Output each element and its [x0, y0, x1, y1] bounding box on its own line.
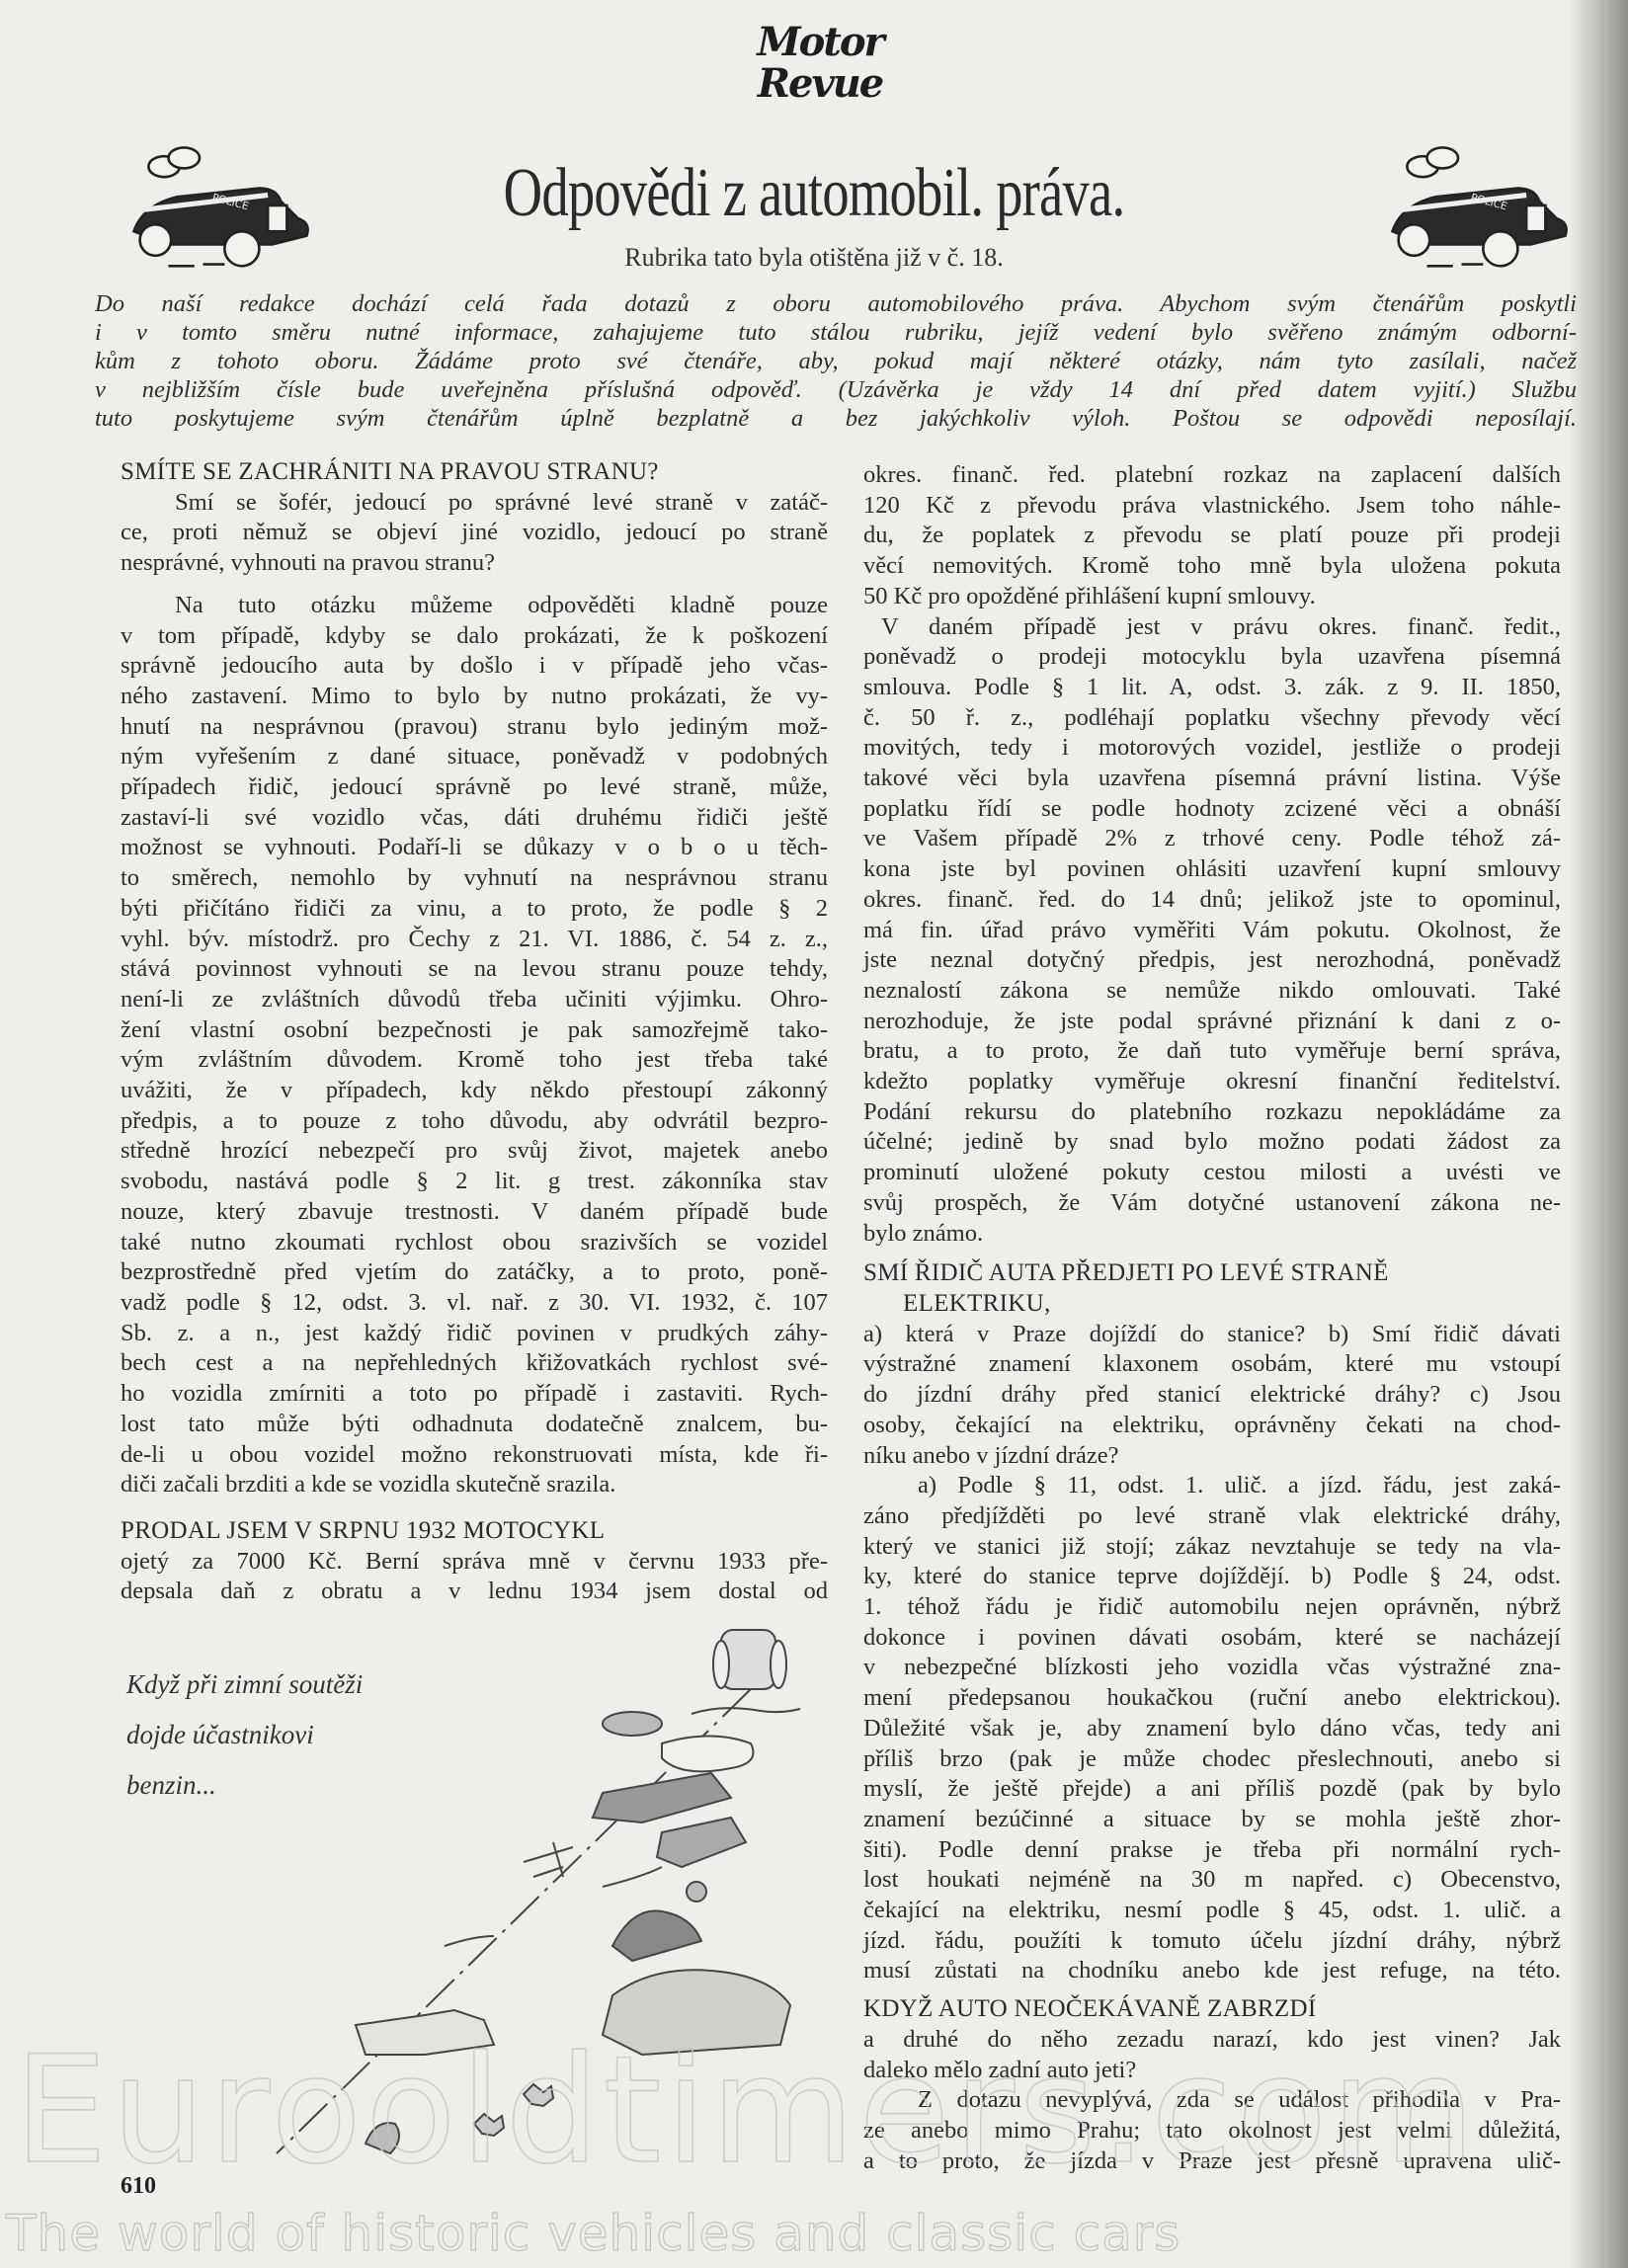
text-line: příliš brzo (pak je může chodec přeslech…: [863, 1744, 1561, 1775]
section-heading: SMÍ ŘIDIČ AUTA PŘEDJETI PO LEVÉ STRANĚ: [863, 1258, 1561, 1289]
text-line: svůj prospěch, že Vám dotyčné ustanovení…: [863, 1188, 1561, 1219]
text-line: bezprostředně před vjetím do zatáčky, a …: [121, 1257, 828, 1288]
text-line: to směrech, nemohlo by vyhnutí na nesprá…: [121, 863, 828, 894]
text-line: Na tuto otázku můžeme odpověděti kladně …: [121, 591, 828, 621]
text-line: movitých, tedy i motorových vozidel, jes…: [863, 733, 1561, 764]
section2-continuation: okres. finanč. řed. platební rozkaz na z…: [863, 460, 1561, 612]
text-line: okres. finanč. řed. do 14 dnů; jelikož j…: [863, 885, 1561, 916]
text-line: případech řidič, jedoucí správně po levé…: [121, 772, 828, 803]
text-line: níku anebo v jízdní dráze?: [863, 1441, 1561, 1472]
section1-answer: Na tuto otázku můžeme odpověděti kladně …: [121, 591, 828, 1500]
text-line: 50 Kč pro opožděné přihlášení kupní smlo…: [863, 582, 1561, 612]
text-line: šiti). Podle denní prakse je třeba při n…: [863, 1835, 1561, 1866]
text-line: znamení bezúčinné a situace by se mohla …: [863, 1805, 1561, 1835]
text-line: čekající na elektriku, nesmí podle § 45,…: [863, 1896, 1561, 1926]
text-line: hnutí na nesprávnou (pravou) stranu bylo…: [121, 712, 828, 743]
text-line: prominutí uložené pokuty cestou milosti …: [863, 1158, 1561, 1188]
text-line: Smí se šofér, jedoucí po správné levé st…: [121, 488, 828, 519]
text-line: býti přičítáno řidiči za vinu, a to prot…: [121, 894, 828, 925]
text-line: není-li ze zvláštních důvodů třeba učini…: [121, 985, 828, 1015]
intro-paragraph: Do naší redakce dochází celá řada dotazů…: [95, 289, 1577, 433]
text-line: bratu, a to proto, že daň tuto vyměřuje …: [863, 1036, 1561, 1067]
text-line: předpis, a to pouze z toho důvodu, aby o…: [121, 1106, 828, 1137]
text-line: do jízdní dráhy před stanicí elektrické …: [863, 1380, 1561, 1411]
intro-line: Do naší redakce dochází celá řada dotazů…: [95, 289, 1577, 318]
text-line: mení předepsanou houkačkou (ruční anebo …: [863, 1683, 1561, 1714]
text-line: musí zůstati na chodníku anebo kde jest …: [863, 1956, 1561, 1986]
text-line: ve Vašem případě 2% z trhové ceny. Podle…: [863, 824, 1561, 854]
intro-line: v nejbližším čísle bude uveřejněna přísl…: [95, 375, 1577, 404]
text-line: dokonce i povinen dávati osobám, které s…: [863, 1623, 1561, 1654]
text-line: středně hrozící nebezpečí pro svůj život…: [121, 1136, 828, 1167]
text-line: správně jedoucího auta by došlo i v příp…: [121, 651, 828, 682]
site-watermark-tagline: The world of historic vehicles and class…: [6, 2205, 1180, 2262]
right-column: okres. finanč. řed. platební rozkaz na z…: [863, 460, 1561, 2176]
text-line: ce, proti němuž se objeví jiné vozidlo, …: [121, 518, 828, 548]
text-line: výstražné znamení klaxonem osobám, které…: [863, 1349, 1561, 1380]
article-subtitle: Rubrika tato byla otištěna již v č. 18.: [0, 243, 1628, 273]
text-line: okres. finanč. řed. platební rozkaz na z…: [863, 460, 1561, 491]
text-line: du, že poplatek z převodu se platí pouze…: [863, 521, 1561, 551]
text-line: ným vyřešením z dané situace, poněvadž v…: [121, 742, 828, 772]
text-line: poplatku řídí se podle hodnoty zcizené v…: [863, 794, 1561, 825]
text-line: záno předjížděti po levé straně vlak ele…: [863, 1501, 1561, 1532]
text-line: č. 50 ř. z., podléhají poplatku všechny …: [863, 703, 1561, 734]
text-line: de-li u obou vozidel možno rekonstruovat…: [121, 1440, 828, 1471]
text-line: má fin. úřad právo vyměřiti Vám pokutu. …: [863, 916, 1561, 946]
text-line: ojetý za 7000 Kč. Berní správa mně v čer…: [121, 1547, 828, 1578]
text-line: poněvadž o prodeji motocyklu byla uzavře…: [863, 642, 1561, 673]
text-line: v nebezpečné blízkosti jeho vozidla včas…: [863, 1653, 1561, 1683]
text-line: uvážiti, že v případech, kdy někdo přest…: [121, 1076, 828, 1106]
text-line: kdežto poplatky vyměřuje okresní finančn…: [863, 1067, 1561, 1097]
text-line: jste neznal dotyčný předpis, jest nerozh…: [863, 945, 1561, 976]
text-line: neznalostí zákona se nemůže nikdo omlouv…: [863, 976, 1561, 1007]
text-line: vyhl. býv. místodrž. pro Čechy z 21. VI.…: [121, 925, 828, 955]
motor-revue-logo: Motor Revue: [751, 22, 889, 105]
text-line: smlouva. Podle § 1 lit. A, odst. 3. zák.…: [863, 673, 1561, 703]
page-binding-shadow: [1569, 0, 1628, 2268]
text-line: Sb. z. a n., jest každý řidič povinen v …: [121, 1319, 828, 1349]
article-title: Odpovědi z automobil. práva.: [179, 154, 1448, 233]
intro-line: i v tomto směru nutné informace, zahajuj…: [95, 318, 1577, 347]
section2-answer: V daném případě jest v právu okres. fina…: [863, 612, 1561, 1250]
text-line: depsala daň z obratu a v lednu 1934 jsem…: [121, 1577, 828, 1607]
text-line: vadž podle § 12, odst. 3. vl. nař. z 30.…: [121, 1288, 828, 1319]
text-line: myslí, že ještě přejde) a ani příliš poz…: [863, 1774, 1561, 1805]
text-line: diči začali brzditi a kde se vozidla sku…: [121, 1470, 828, 1500]
text-line: věcí nemovitých. Kromě toho mně byla ulo…: [863, 551, 1561, 582]
section-heading: PRODAL JSEM V SRPNU 1932 MOTOCYKL: [121, 1516, 828, 1547]
text-line: bylo známo.: [863, 1219, 1561, 1250]
section3-question: a) která v Praze dojíždí do stanice? b) …: [863, 1320, 1561, 1472]
text-line: zastaví-li své vozidlo včas, dáti druhém…: [121, 803, 828, 834]
text-line: lost tato může býti odhadnuta dodatečně …: [121, 1410, 828, 1440]
text-line: také nutno zkoumati rychlost obou sraziv…: [121, 1228, 828, 1258]
text-line: jízd. řádu, použíti k tomuto účelu jízdn…: [863, 1926, 1561, 1957]
text-line: a) která v Praze dojíždí do stanice? b) …: [863, 1320, 1561, 1350]
text-line: stává povinnost vyhnouti se na levou str…: [121, 954, 828, 985]
text-line: ného zastavení. Mimo to bylo by nutno pr…: [121, 682, 828, 712]
text-line: účelné; jedině by snad bylo možno podati…: [863, 1127, 1561, 1158]
section-heading-continued: ELEKTRIKU,: [863, 1289, 1561, 1320]
text-line: ky, které do stanice teprve dojíždějí. b…: [863, 1562, 1561, 1592]
text-line: žení vlastní osobní bezpečnosti je pak s…: [121, 1015, 828, 1046]
logo-line-motor: Motor: [751, 22, 889, 63]
section-heading: SMÍTE SE ZACHRÁNITI NA PRAVOU STRANU?: [121, 457, 828, 488]
text-line: svobodu, nastává podle § 2 lit. g trest.…: [121, 1167, 828, 1197]
page-number: 610: [121, 2173, 156, 2200]
text-line: možnost se vyhnouti. Podaří-li se důkazy…: [121, 833, 828, 863]
text-line: a) Podle § 11, odst. 1. ulič. a jízd. řá…: [863, 1471, 1561, 1501]
text-line: osoby, čekající na elektriku, oprávněny …: [863, 1411, 1561, 1441]
text-line: bech cest a na nepřehledných křižovatkác…: [121, 1348, 828, 1379]
left-column: SMÍTE SE ZACHRÁNITI NA PRAVOU STRANU? Sm…: [121, 457, 828, 1607]
text-line: v tom případě, kdyby se dalo prokázati, …: [121, 621, 828, 652]
text-line: nouze, který zbavuje trestnosti. V daném…: [121, 1197, 828, 1228]
text-line: vým zvláštním důvodem. Kromě toho jest t…: [121, 1045, 828, 1076]
text-line: ho vozidla zmírniti a toto po případě i …: [121, 1379, 828, 1410]
logo-line-revue: Revue: [751, 63, 889, 105]
text-line: nerozhoduje, že jste podal správné přizn…: [863, 1007, 1561, 1037]
section3-answer: a) Podle § 11, odst. 1. ulič. a jízd. řá…: [863, 1471, 1561, 1986]
section-heading: KDYŽ AUTO NEOČEKÁVANĚ ZABRZDÍ: [863, 1994, 1561, 2025]
section1-question: Smí se šofér, jedoucí po správné levé st…: [121, 488, 828, 579]
text-line: Důležité však je, aby znamení bylo dáno …: [863, 1714, 1561, 1744]
site-watermark: Eurooldtimers.com: [14, 2025, 1479, 2197]
text-line: nesprávné, vyhnouti na pravou stranu?: [121, 548, 828, 579]
text-line: 1. téhož řádu je řidič automobilu nejen …: [863, 1592, 1561, 1623]
text-line: lost houkati nejméně na 30 m napřed. c) …: [863, 1865, 1561, 1896]
text-line: Podání rekursu do platebního rozkazu nep…: [863, 1097, 1561, 1128]
text-line: V daném případě jest v právu okres. fina…: [863, 612, 1561, 643]
text-line: který ve stanici již stojí; zákaz nevzta…: [863, 1532, 1561, 1563]
text-line: 120 Kč z převodu práva vlastnického. Jse…: [863, 491, 1561, 522]
text-line: kona jste byl povinen ohlásiti uzavření …: [863, 854, 1561, 885]
intro-line: tuto poskytujeme svým čtenářům úplně bez…: [95, 404, 1577, 433]
text-line: takové věci byla uzavřena písemná právní…: [863, 764, 1561, 794]
intro-line: kům z tohoto oboru. Žádáme proto své čte…: [95, 347, 1577, 375]
